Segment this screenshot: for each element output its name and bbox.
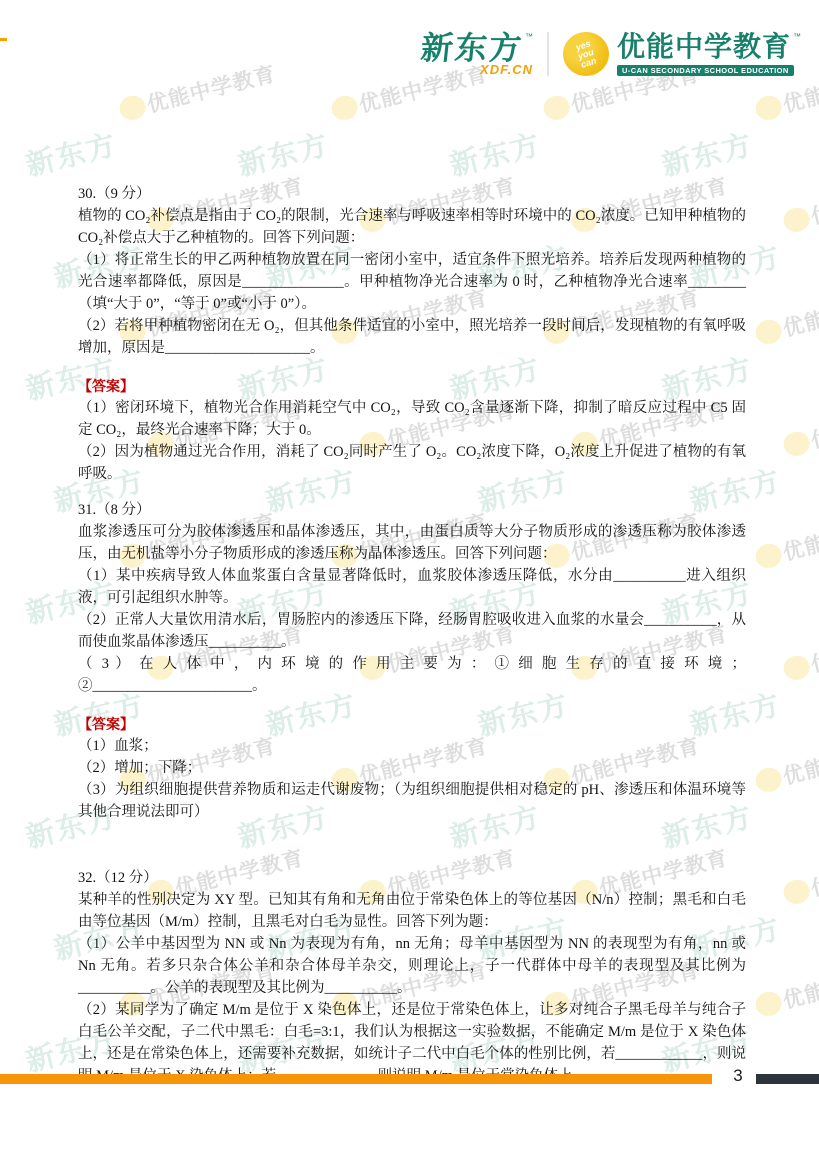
answer-paragraph: （2）增加；下降； <box>78 757 746 779</box>
watermark-xdf: 新东方 <box>657 122 757 184</box>
watermark-ucan: 优能中学教育 <box>752 954 819 1022</box>
watermark-badge-icon <box>541 93 572 123</box>
watermark-badge-icon <box>781 205 812 235</box>
watermark-ucan: 优能中学教育 <box>116 58 279 126</box>
footer-bar-orange <box>0 1074 712 1084</box>
header-divider <box>547 32 549 76</box>
question-paragraph: （1）将正常生长的甲乙两种植物放置在同一密闭小室中，适宜条件下照光培养。培养后发… <box>78 249 746 315</box>
watermark-badge-icon <box>329 93 360 123</box>
watermark-badge-icon <box>781 653 812 683</box>
ucan-logo: yes you can 优能中学教育 ™ U-CAN SECONDARY SCH… <box>563 32 801 76</box>
question-paragraph: 某种羊的性别决定为 XY 型。已知其有角和无角由位于常染色体上的等位基因（N/n… <box>78 889 746 933</box>
page-number: 3 <box>724 1066 752 1086</box>
question-paragraph: 血浆渗透压可分为胶体渗透压和晶体渗透压，其中，由蛋白质等大分子物质形成的渗透压称… <box>78 521 746 565</box>
question-paragraph: （ 3 ） 在 人 体 中 ， 内 环 境 的 作 用 主 要 为 ： ① 细 … <box>78 653 746 697</box>
answer-paragraph: （3）为组织细胞提供营养物质和运走代谢废物；（为组织细胞提供相对稳定的 pH、渗… <box>78 779 746 823</box>
watermark-xdf: 新东方 <box>21 122 121 184</box>
question-paragraph: （1）公羊中基因型为 NN 或 Nn 为表现为有角，nn 无角；母羊中基因型为 … <box>78 933 746 999</box>
page-header: 新东方 ™ XDF.CN yes you can 优能中学教育 ™ U-CAN … <box>421 26 801 82</box>
watermark-xdf: 新东方 <box>445 122 545 184</box>
watermark-badge-icon <box>781 877 812 907</box>
ucan-badge-text: yes you can <box>568 37 605 72</box>
watermark-ucan: 优能中学教育 <box>752 282 819 350</box>
question-number: 31.（8 分） <box>78 499 746 521</box>
watermark-ucan: 优能中学教育 <box>780 394 819 462</box>
answer-label: 【答案】 <box>78 713 746 735</box>
watermark-badge-icon <box>753 93 784 123</box>
xdf-logo-text: 新东方 <box>419 32 524 64</box>
watermark-badge-icon <box>753 989 784 1019</box>
question-number: 30.（9 分） <box>78 183 746 205</box>
watermark-badge-icon <box>753 541 784 571</box>
question-number: 32.（12 分） <box>78 867 746 889</box>
watermark-badge-icon <box>753 317 784 347</box>
watermark-ucan: 优能中学教育 <box>752 506 819 574</box>
left-margin-tick <box>0 38 7 41</box>
watermark-ucan: 优能中学教育 <box>752 730 819 798</box>
question-paragraph: 植物的 CO₂补偿点是指由于 CO₂的限制，光合速率与呼吸速率相等时环境中的 C… <box>78 205 746 249</box>
watermark-badge-icon <box>753 765 784 795</box>
watermark-badge-icon <box>781 429 812 459</box>
answer-paragraph: （2）因为植物通过光合作用，消耗了 CO₂同时产生了 O₂。CO₂浓度下降，O₂… <box>78 441 746 485</box>
xdf-logo: 新东方 ™ XDF.CN <box>421 32 533 77</box>
question-paragraph: （1）某中疾病导致人体血浆蛋白含量显著降低时，血浆胶体渗透压降低，水分由____… <box>78 565 746 609</box>
question-paragraph: （2）若将甲种植物密闭在无 O₂，但其他条件适宜的小室中，照光培养一段时间后，发… <box>78 315 746 359</box>
ucan-logo-subtitle: U-CAN SECONDARY SCHOOL EDUCATION <box>617 65 794 76</box>
question-paragraph: （2）正常人大量饮用清水后，胃肠腔内的渗透压下降，经肠胃腔吸收进入血浆的水量会_… <box>78 609 746 653</box>
trademark-symbol: ™ <box>525 32 533 42</box>
footer-bar-dark <box>756 1074 819 1084</box>
ucan-badge-icon: yes you can <box>563 32 609 76</box>
question-31: 31.（8 分） 血浆渗透压可分为胶体渗透压和晶体渗透压，其中，由蛋白质等大分子… <box>78 499 746 823</box>
watermark-ucan: 优能中学教育 <box>780 618 819 686</box>
document-page: 新东方 ™ XDF.CN yes you can 优能中学教育 ™ U-CAN … <box>0 0 819 1158</box>
question-32: 32.（12 分） 某种羊的性别决定为 XY 型。已知其有角和无角由位于常染色体… <box>78 867 746 1087</box>
answer-paragraph: （1）血浆； <box>78 735 746 757</box>
question-30: 30.（9 分） 植物的 CO₂补偿点是指由于 CO₂的限制，光合速率与呼吸速率… <box>78 183 746 485</box>
trademark-symbol: ™ <box>793 32 801 42</box>
watermark-ucan: 优能中学教育 <box>780 170 819 238</box>
watermark-xdf: 新东方 <box>233 122 333 184</box>
watermark-badge-icon <box>117 93 148 123</box>
answer-paragraph: （1）密闭环境下，植物光合作用消耗空气中 CO₂，导致 CO₂含量逐渐下降，抑制… <box>78 397 746 441</box>
answer-label: 【答案】 <box>78 375 746 397</box>
watermark-ucan: 优能中学教育 <box>780 842 819 910</box>
document-body: 30.（9 分） 植物的 CO₂补偿点是指由于 CO₂的限制，光合速率与呼吸速率… <box>78 183 746 1101</box>
ucan-logo-text: 优能中学教育 <box>617 32 791 62</box>
